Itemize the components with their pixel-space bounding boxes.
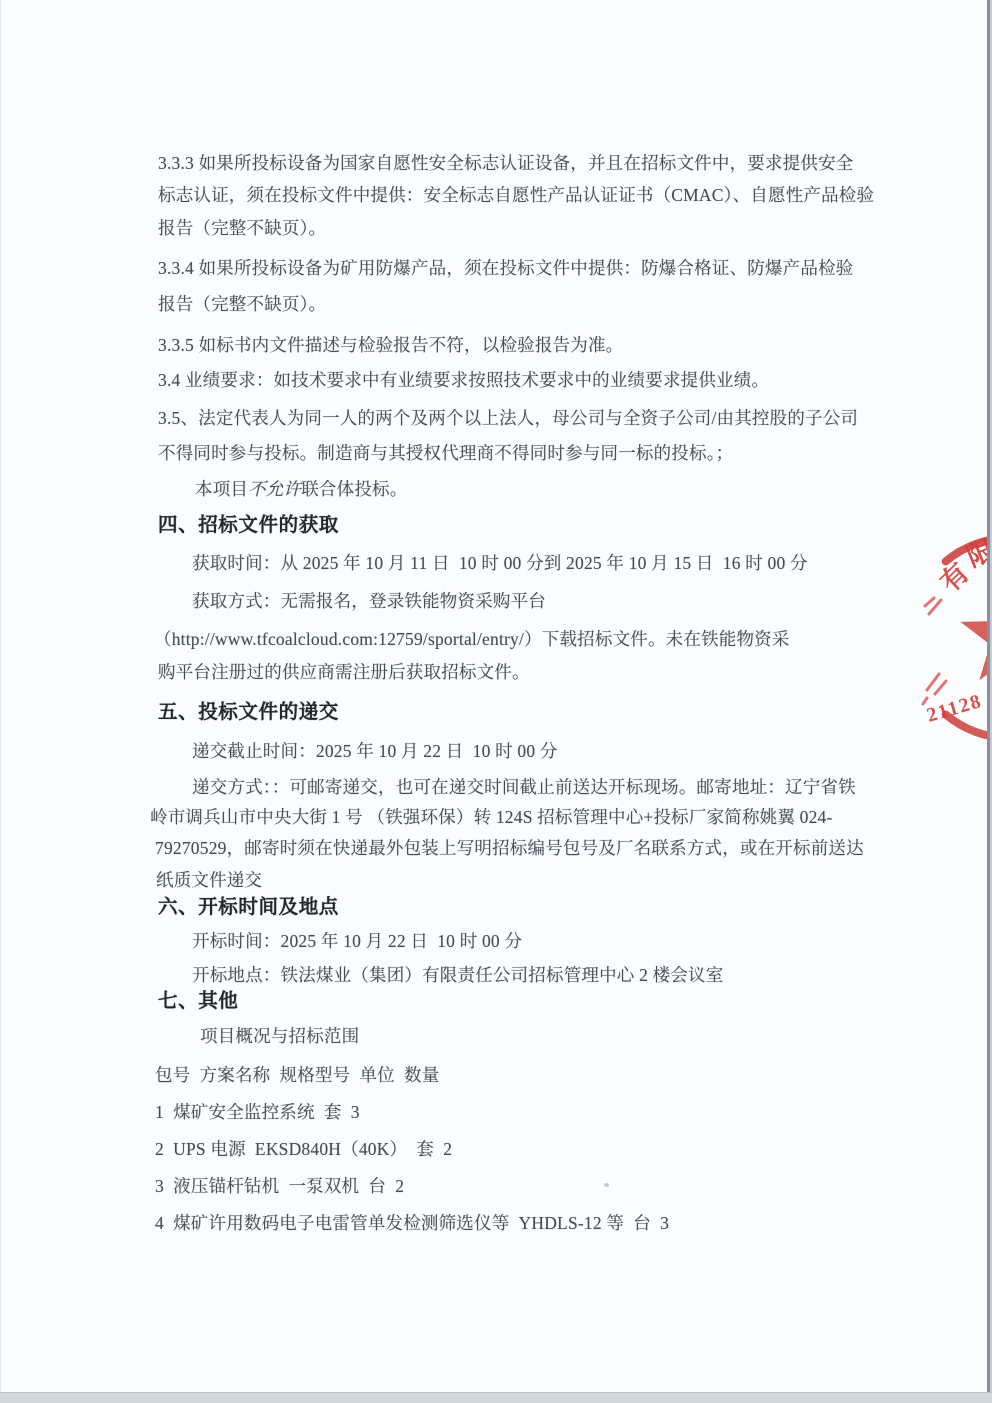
red-seal-stamp: 有 限 21128 <box>905 528 992 748</box>
clause-335: 3.3.5 如标书内文件描述与检验报告不符，以检验报告为准。 <box>158 332 623 358</box>
open-place-line: 开标地点：铁法煤业（集团）有限责任公司招标管理中心 2 楼会议室 <box>192 962 723 988</box>
clause-333-line-3: 报告（完整不缺页）。 <box>158 215 326 241</box>
portal-url-line-2: 购平台注册过的供应商需注册后获取招标文件。 <box>158 659 530 685</box>
obtain-time-line: 获取时间：从 2025 年 10 月 11 日 10 时 00 分到 2025 … <box>192 550 808 576</box>
seal-faded-stroke-2 <box>925 598 934 606</box>
joint-bid-suffix: 联合体投标。 <box>301 479 407 499</box>
clause-35-line-1: 3.5、法定代表人为同一人的两个及两个以上法人，母公司与全资子公司/由其控股的子… <box>158 405 858 431</box>
clause-35-line-2: 不得同时参与投标。制造商与其授权代理商不得同时参与同一标的投标。； <box>158 440 733 466</box>
portal-url-line-1: （http://www.tfcoalcloud.com:12759/sporta… <box>154 626 790 652</box>
seal-faded-stroke-5 <box>923 698 927 704</box>
section6-heading: 六、开标时间及地点 <box>158 894 339 922</box>
submit-deadline-line: 递交截止时间：2025 年 10 月 22 日 10 时 00 分 <box>192 738 558 764</box>
joint-bid-prefix: 本项目 <box>195 479 248 499</box>
seal-faded-stroke-4 <box>935 681 946 694</box>
section4-heading: 四、招标文件的获取 <box>158 512 339 540</box>
section7-heading: 七、其他 <box>158 988 238 1016</box>
open-time-line: 开标时间：2025 年 10 月 22 日 10 时 00 分 <box>192 928 522 954</box>
item-row-2: 2 UPS 电源 EKSD840H（40K） 套 2 <box>155 1136 452 1162</box>
scope-subtitle: 项目概况与招标范围 <box>200 1023 359 1049</box>
item-row-3: 3 液压锚杆钻机 一泵双机 台 2 <box>155 1173 404 1199</box>
clause-334-line-2: 报告（完整不缺页）。 <box>158 291 326 317</box>
joint-bid-clause: 本项目不允许联合体投标。 <box>195 476 407 502</box>
seal-faded-stroke-3 <box>927 674 939 690</box>
delivery-line-3: 79270529，邮寄时须在快递最外包装上写明招标编号包号及厂名联系方式，或在开… <box>155 835 864 861</box>
section5-heading: 五、投标文件的递交 <box>158 699 339 727</box>
items-header-row: 包号 方案名称 规格型号 单位 数量 <box>155 1062 439 1088</box>
delivery-line-2: 岭市调兵山市中央大街 1 号 （铁强环保）转 124S 招标管理中心+投标厂家简… <box>150 804 833 830</box>
scan-edge-bottom <box>0 1392 992 1403</box>
delivery-line-1: 递交方式：：可邮寄递交，也可在递交时间截止前送达开标现场。邮寄地址：辽宁省铁 <box>192 774 856 800</box>
clause-333-line-1: 3.3.3 如果所投标设备为国家自愿性安全标志认证设备，并且在招标文件中，要求提… <box>158 150 853 176</box>
clause-334-line-1: 3.3.4 如果所投标设备为矿用防爆产品，须在投标文件中提供：防爆合格证、防爆产… <box>158 255 853 281</box>
scan-edge-left <box>0 0 1 1403</box>
clause-333-line-2: 标志认证，须在投标文件中提供：安全标志自愿性产品认证证书（CMAC）、自愿性产品… <box>158 182 874 208</box>
item-row-4: 4 煤矿许用数码电子电雷管单发检测筛选仪等 YHDLS-12 等 台 3 <box>155 1210 669 1236</box>
scan-artifact-dot <box>604 1183 609 1187</box>
seal-arc-char-1: 有 <box>935 557 975 597</box>
item-row-1: 1 煤矿安全监控系统 套 3 <box>155 1099 360 1125</box>
document-page: 3.3.3 如果所投标设备为国家自愿性安全标志认证设备，并且在招标文件中，要求提… <box>0 0 992 1403</box>
clause-34: 3.4 业绩要求：如技术要求中有业绩要求按照技术要求中的业绩要求提供业绩。 <box>158 367 769 393</box>
obtain-method-line: 获取方式：无需报名，登录铁能物资采购平台 <box>192 588 546 614</box>
joint-bid-emphasis: 不允许 <box>248 479 301 499</box>
delivery-line-4: 纸质文件递交 <box>156 867 262 893</box>
